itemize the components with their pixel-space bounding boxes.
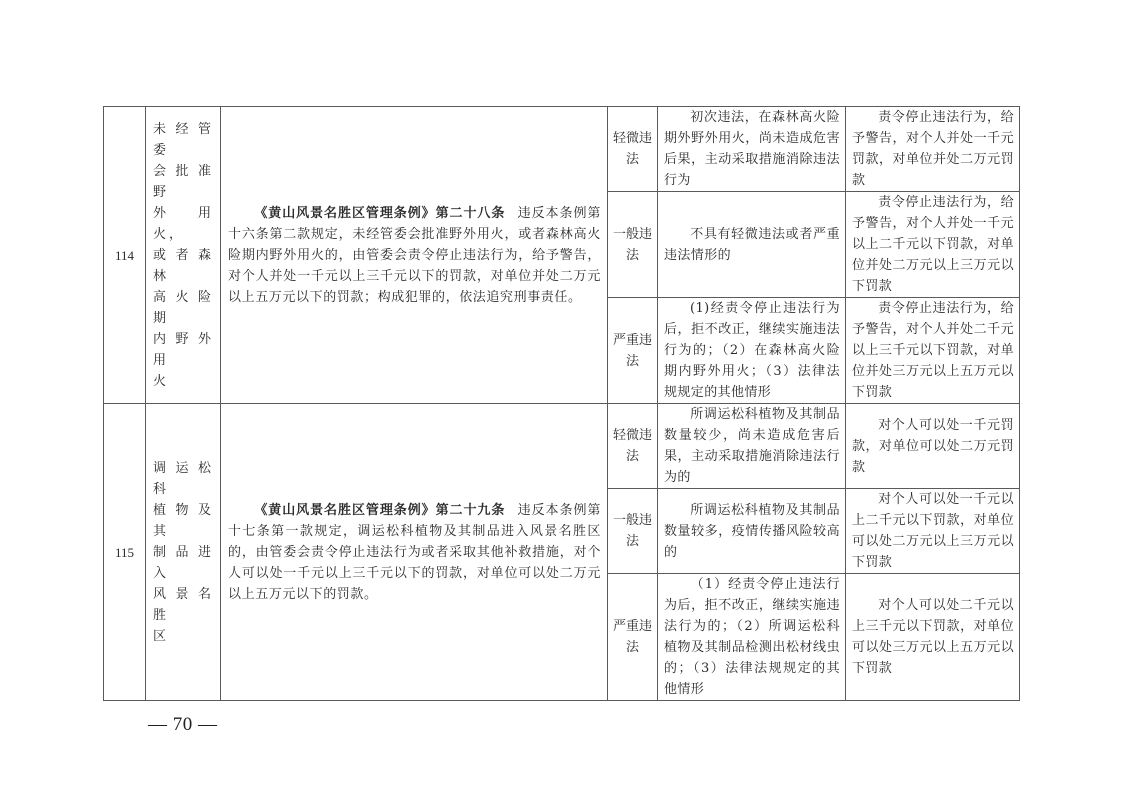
violation-name: 调运松科 植物及其 制品进入 风景名胜 区 — [146, 404, 221, 701]
circumstance: 所调运松科植物及其制品数量较少，尚未造成危害后果，主动采取措施消除违法行为的 — [658, 404, 846, 489]
violation-name-line: 外用火， — [153, 203, 214, 245]
item-number: 114 — [104, 107, 146, 404]
penalty-text: 责令停止违法行为，给予警告，对个人并处二千元以上三千元以下罚款，对单位并处三万元… — [852, 301, 1014, 400]
legal-basis: 《黄山风景名胜区管理条例》第二十八条违反本条例第十六条第二款规定，未经管委会批准… — [221, 107, 608, 404]
circumstance-text: 所调运松科植物及其制品数量较少，尚未造成危害后果，主动采取措施消除违法行为的 — [664, 407, 840, 485]
violation-name-line: 调运松科 — [153, 458, 214, 500]
law-article-title: 《黄山风景名胜区管理条例》第二十九条 — [254, 503, 505, 518]
page-number: — 70 — — [148, 714, 218, 736]
circumstance-text: 不具有轻微违法或者严重违法情形的 — [664, 227, 840, 263]
violation-level: 严重违法 — [608, 298, 658, 404]
penalty-discretion-table: 114 未经管委 会批准野 外用火， 或者森林 高火险期 内野外用 火 《黄山风… — [103, 106, 1020, 701]
penalty: 对个人可以处一千元罚款，对单位可以处二万元罚款 — [846, 404, 1020, 489]
circumstance-text: 初次违法，在森林高火险期外野外用火，尚未造成危害后果，主动采取措施消除违法行为 — [664, 110, 840, 188]
circumstance: 初次违法，在森林高火险期外野外用火，尚未造成危害后果，主动采取措施消除违法行为 — [658, 107, 846, 192]
violation-level: 一般违法 — [608, 192, 658, 298]
violation-name-line: 风景名胜 — [153, 584, 214, 626]
penalty-text: 对个人可以处二千元以上三千元以下罚款，对单位可以处三万元以上五万元以下罚款 — [852, 598, 1014, 676]
violation-name-line: 植物及其 — [153, 500, 214, 542]
penalty-text: 对个人可以处一千元以上二千元以下罚款，对单位可以处二万元以上三万元以下罚款 — [852, 492, 1014, 570]
penalty: 责令停止违法行为，给予警告，对个人并处一千元以上二千元以下罚款，对单位并处二万元… — [846, 192, 1020, 298]
legal-basis: 《黄山风景名胜区管理条例》第二十九条违反本条例第十七条第一款规定，调运松科植物及… — [221, 404, 608, 701]
violation-level: 轻微违法 — [608, 107, 658, 192]
violation-name-line: 区 — [153, 626, 214, 647]
item-number: 115 — [104, 404, 146, 701]
violation-name-line: 或者森林 — [153, 245, 214, 287]
circumstance: 所调运松科植物及其制品数量较多，疫情传播风险较高的 — [658, 489, 846, 574]
penalty: 对个人可以处一千元以上二千元以下罚款，对单位可以处二万元以上三万元以下罚款 — [846, 489, 1020, 574]
circumstance: （1）经责令停止违法行为后，拒不改正，继续实施违法行为的；（2）所调运松科植物及… — [658, 574, 846, 701]
table-row-114-minor: 114 未经管委 会批准野 外用火， 或者森林 高火险期 内野外用 火 《黄山风… — [104, 107, 1020, 192]
penalty: 责令停止违法行为，给予警告，对个人并处二千元以上三千元以下罚款，对单位并处三万元… — [846, 298, 1020, 404]
violation-name-line: 内野外用 — [153, 329, 214, 371]
penalty-text: 责令停止违法行为，给予警告，对个人并处一千元罚款，对单位并处二万元罚款 — [852, 110, 1014, 188]
circumstance: 不具有轻微违法或者严重违法情形的 — [658, 192, 846, 298]
violation-name-line: 未经管委 — [153, 119, 214, 161]
violation-name-line: 制品进入 — [153, 542, 214, 584]
penalty: 责令停止违法行为，给予警告，对个人并处一千元罚款，对单位并处二万元罚款 — [846, 107, 1020, 192]
penalty-text: 对个人可以处一千元罚款，对单位可以处二万元罚款 — [852, 418, 1014, 475]
document-page: 114 未经管委 会批准野 外用火， 或者森林 高火险期 内野外用 火 《黄山风… — [0, 0, 1122, 793]
violation-name-line: 会批准野 — [153, 161, 214, 203]
circumstance-text: 所调运松科植物及其制品数量较多，疫情传播风险较高的 — [664, 503, 840, 560]
violation-name-line: 高火险期 — [153, 287, 214, 329]
law-article-title: 《黄山风景名胜区管理条例》第二十八条 — [254, 206, 505, 221]
penalty: 对个人可以处二千元以上三千元以下罚款，对单位可以处三万元以上五万元以下罚款 — [846, 574, 1020, 701]
violation-level: 一般违法 — [608, 489, 658, 574]
violation-level: 轻微违法 — [608, 404, 658, 489]
table-row-115-minor: 115 调运松科 植物及其 制品进入 风景名胜 区 《黄山风景名胜区管理条例》第… — [104, 404, 1020, 489]
violation-level: 严重违法 — [608, 574, 658, 701]
circumstance: (1)经责令停止违法行为后，拒不改正，继续实施违法行为的；（2）在森林高火险期内… — [658, 298, 846, 404]
circumstance-text: （1）经责令停止违法行为后，拒不改正，继续实施违法行为的；（2）所调运松科植物及… — [664, 577, 840, 697]
circumstance-text: (1)经责令停止违法行为后，拒不改正，继续实施违法行为的；（2）在森林高火险期内… — [664, 301, 840, 400]
violation-name: 未经管委 会批准野 外用火， 或者森林 高火险期 内野外用 火 — [146, 107, 221, 404]
violation-name-line: 火 — [153, 371, 214, 392]
penalty-text: 责令停止违法行为，给予警告，对个人并处一千元以上二千元以下罚款，对单位并处二万元… — [852, 195, 1014, 294]
